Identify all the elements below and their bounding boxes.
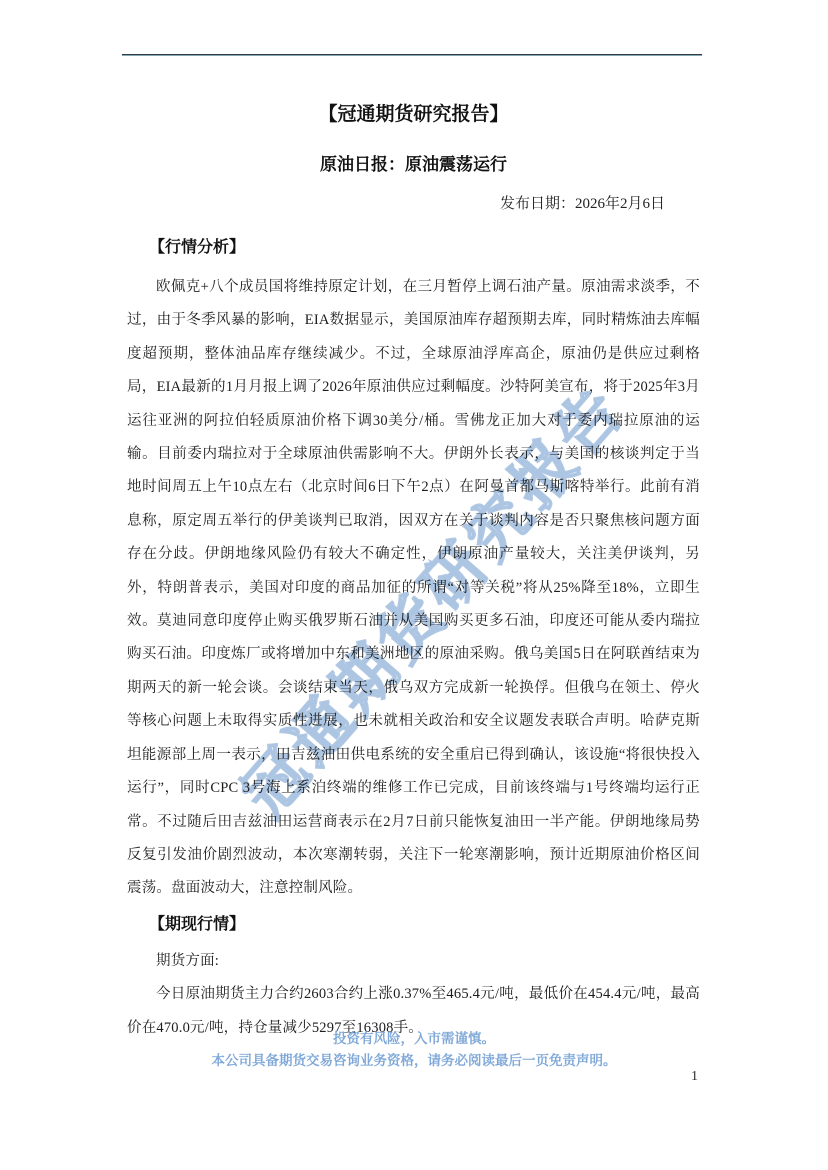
section-heading-market-analysis: 【行情分析】 [127, 237, 700, 258]
footer-disclaimer: 投资有风险，入市需谨慎。 本公司具备期货交易咨询业务资格，请务必阅读最后一页免责… [0, 1028, 828, 1072]
footer-qualification-note: 本公司具备期货交易咨询业务资格，请务必阅读最后一页免责声明。 [0, 1050, 828, 1072]
report-page: 冠通期货研究报告 【冠通期货研究报告】 原油日报：原油震荡运行 发布日期：202… [0, 0, 828, 1170]
market-analysis-paragraph: 欧佩克+八个成员国将维持原定计划，在三月暂停上调石油产量。原油需求淡季，不过，由… [127, 271, 700, 906]
section-heading-futures-spot: 【期现行情】 [127, 914, 700, 935]
page-number: 1 [691, 1068, 698, 1086]
report-subtitle: 原油日报：原油震荡运行 [127, 154, 700, 176]
report-title: 【冠通期货研究报告】 [127, 103, 700, 127]
footer-risk-warning: 投资有风险，入市需谨慎。 [0, 1028, 828, 1050]
report-content: 【冠通期货研究报告】 原油日报：原油震荡运行 发布日期：2026年2月6日 【行… [127, 0, 700, 1045]
futures-intro-line: 期货方面: [127, 945, 700, 978]
publish-date: 发布日期：2026年2月6日 [127, 194, 700, 214]
